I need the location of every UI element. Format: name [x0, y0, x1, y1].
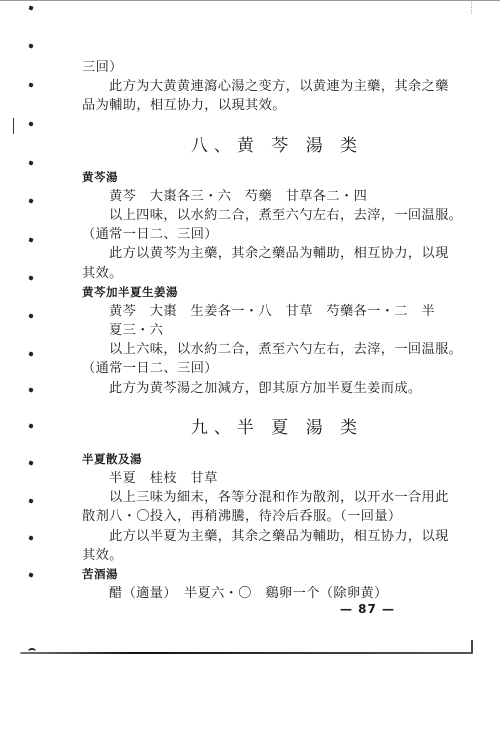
margin-mark: [13, 118, 14, 134]
binding-hole-mark: [28, 460, 33, 465]
formula-directions: 以上三味为細末，各等分混和作为散剂，以开水一合用此: [82, 488, 462, 507]
formula-commentary: 此方以半夏为主藥，其余之藥品为輔助，相互协力，以現: [82, 527, 462, 546]
scan-corner-edge: [471, 640, 473, 653]
page-number: — 87 —: [340, 602, 395, 616]
scan-right-edge: [471, 0, 473, 14]
formula-ingredients: 醋（適量） 半夏六・〇 鷄卵一个（除卵黄）: [82, 584, 462, 603]
binding-hole-mark: [28, 535, 33, 540]
binding-hole-mark: [28, 423, 33, 428]
binding-hole-mark: [28, 351, 33, 356]
binding-hole-mark: [28, 43, 33, 48]
binding-hole-mark: [28, 198, 33, 203]
formula-directions: 以上六味，以水約二合，煮至六勺左右，去滓，一回温服。: [82, 340, 462, 359]
scan-edge-curl: [28, 648, 36, 655]
formula-title: 黄芩加半夏生姜湯: [82, 283, 462, 302]
binding-hole-mark: [28, 5, 33, 10]
binding-hole-mark: [28, 313, 33, 318]
scan-bottom-edge: [20, 652, 473, 654]
formula-commentary: 其效。: [82, 264, 462, 283]
formula-ingredients: 黄芩 大棗 生姜各一・八 甘草 芍藥各一・二 半: [82, 302, 462, 321]
binding-hole-mark: [28, 498, 33, 503]
formula-ingredients: 黄芩 大棗各三・六 芍藥 甘草各二・四: [82, 187, 462, 206]
scan-top-edge: [0, 0, 500, 1]
binding-hole-mark: [28, 82, 33, 87]
document-page: 三回） 此方为大黄黄連瀉心湯之变方，以黄連为主藥，其余之藥 品为輔助，相互协力，…: [82, 58, 462, 603]
formula-commentary: 此方以黄芩为主藥，其余之藥品为輔助，相互协力，以現: [82, 244, 462, 263]
formula-ingredients: 夏三・六: [82, 321, 462, 340]
formula-title: 黄芩湯: [82, 168, 462, 187]
formula-title: 苦酒湯: [82, 565, 462, 584]
binding-hole-mark: [28, 387, 33, 392]
formula-ingredients: 半夏 桂枝 甘草: [82, 469, 462, 488]
formula-directions: （通常一日二、三回）: [82, 225, 462, 244]
binding-hole-mark: [28, 237, 33, 242]
section-title: 八、黄 芩 湯 类: [82, 128, 462, 164]
formula-commentary: 其效。: [82, 546, 462, 565]
body-text-line: 品为輔助，相互协力，以現其效。: [82, 96, 462, 115]
formula-directions: （通常一日二、三回）: [82, 359, 462, 378]
body-text-line: 此方为大黄黄連瀉心湯之变方，以黄連为主藥，其余之藥: [82, 77, 462, 96]
binding-hole-mark: [28, 121, 33, 126]
body-text-line: 三回）: [82, 58, 462, 77]
binding-hole-mark: [28, 160, 33, 165]
formula-commentary: 此方为黄芩湯之加減方，卽其原方加半夏生姜而成。: [82, 379, 462, 398]
formula-directions: 散剂八・〇投入，再稍沸騰，待冷后呑服。（一回量）: [82, 507, 462, 526]
formula-directions: 以上四味，以水約二合，煮至六勺左右，去滓，一回温服。: [82, 206, 462, 225]
binding-hole-mark: [28, 572, 33, 577]
formula-title: 半夏散及湯: [82, 450, 462, 469]
section-title: 九、半 夏 湯 类: [82, 410, 462, 446]
binding-hole-mark: [28, 275, 33, 280]
